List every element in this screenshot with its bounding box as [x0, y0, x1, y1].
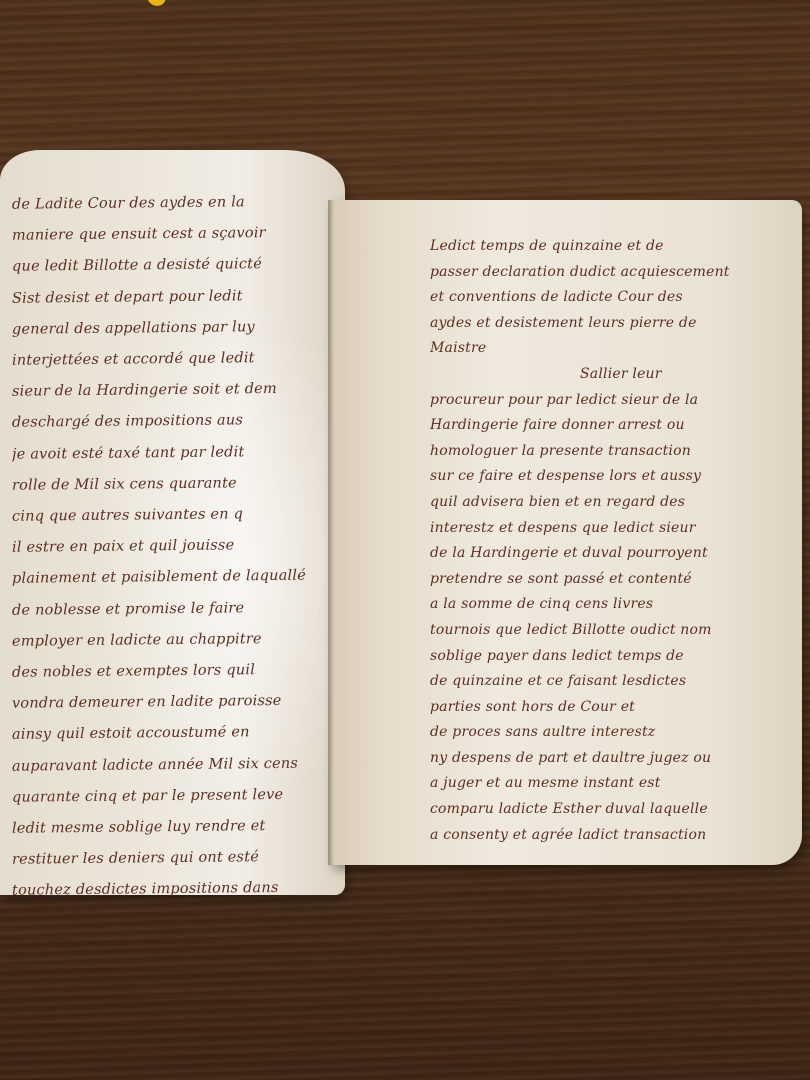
handwritten-line: Hardingerie faire donner arrest ou [430, 413, 792, 439]
handwritten-line: pretendre se sont passé et contenté [430, 567, 792, 593]
right-page: Ledict temps de quinzaine et de passer d… [330, 200, 802, 865]
handwritten-line: comparu ladicte Esther duval laquelle [430, 797, 792, 823]
handwritten-line: et conventions de ladicte Cour des [430, 285, 792, 311]
handwritten-line: homologuer la presente transaction [430, 439, 792, 465]
book-spine-shadow [328, 200, 334, 865]
handwritten-line: tournois que ledict Billotte oudict nom [430, 618, 792, 644]
handwritten-line: a consenty et agrée ladict transaction [430, 823, 792, 849]
handwritten-line: quarante cinq et par le present leve [12, 779, 341, 814]
handwritten-line: vondra demeurer en ladite paroisse [12, 686, 341, 721]
handwritten-line: a juger et au mesme instant est [430, 771, 792, 797]
handwritten-line: je avoit esté taxé tant par ledit [12, 436, 341, 471]
handwritten-line: il estre en paix et quil jouisse [12, 530, 341, 565]
handwritten-line: parties sont hors de Cour et [430, 695, 792, 721]
handwritten-line: procureur pour par ledict sieur de la [430, 388, 792, 414]
handwritten-line: ainsy quil estoit accoustumé en [12, 717, 341, 752]
handwritten-line: passer declaration dudict acquiescement [430, 260, 792, 286]
handwritten-line: aydes et desistement leurs pierre de [430, 311, 792, 337]
handwritten-line: des nobles et exemptes lors quil [12, 654, 341, 689]
handwritten-line: rolle de Mil six cens quarante [12, 467, 341, 502]
handwritten-line: general des appellations par luy [12, 311, 341, 346]
handwritten-line: sur ce faire et despense lors et aussy [430, 464, 792, 490]
handwritten-line: cinq que autres suivantes en q [12, 498, 341, 533]
handwritten-line: restituer les deniers qui ont esté [12, 842, 341, 877]
handwritten-line: auparavant ladicte année Mil six cens [12, 748, 341, 783]
left-page: de Ladite Cour des aydes en la maniere q… [0, 150, 345, 895]
handwritten-line: ledit mesme soblige luy rendre et [12, 810, 341, 845]
handwritten-line: employer en ladicte au chappitre [12, 623, 341, 658]
handwritten-line: de quinzaine et ce faisant lesdictes [430, 669, 792, 695]
handwritten-line: Maistre [430, 336, 792, 362]
yellow-object [147, 0, 167, 8]
handwritten-line: deschargé des impositions aus [12, 405, 341, 440]
handwritten-line: soblige payer dans ledict temps de [430, 644, 792, 670]
handwritten-line: Sallier leur [430, 362, 792, 388]
handwritten-line: maniere que ensuit cest a sçavoir [12, 217, 341, 252]
handwritten-line: ny despens de part et daultre jugez ou [430, 746, 792, 772]
handwritten-line: de la Hardingerie et duval pourroyent [430, 541, 792, 567]
handwritten-line: de noblesse et promise le faire [12, 592, 341, 627]
handwritten-line: Ledict temps de quinzaine et de [430, 234, 792, 260]
handwritten-line: quil advisera bien et en regard des [430, 490, 792, 516]
handwritten-line: a la somme de cinq cens livres [430, 592, 792, 618]
handwritten-line: Sist desist et depart pour ledit [12, 280, 341, 315]
handwritten-line: de proces sans aultre interestz [430, 720, 792, 746]
handwritten-line: touchez desdictes impositions dans [12, 873, 341, 908]
handwritten-line: interestz et despens que ledict sieur [430, 516, 792, 542]
handwritten-line: sieur de la Hardingerie soit et dem [12, 373, 341, 408]
handwritten-line: plainement et paisiblement de laquallé [12, 561, 341, 596]
handwritten-line: de Ladite Cour des aydes en la [12, 186, 341, 221]
handwritten-line: que ledit Billotte a desisté quicté [12, 249, 341, 284]
handwritten-line: interjettées et accordé que ledit [12, 342, 341, 377]
